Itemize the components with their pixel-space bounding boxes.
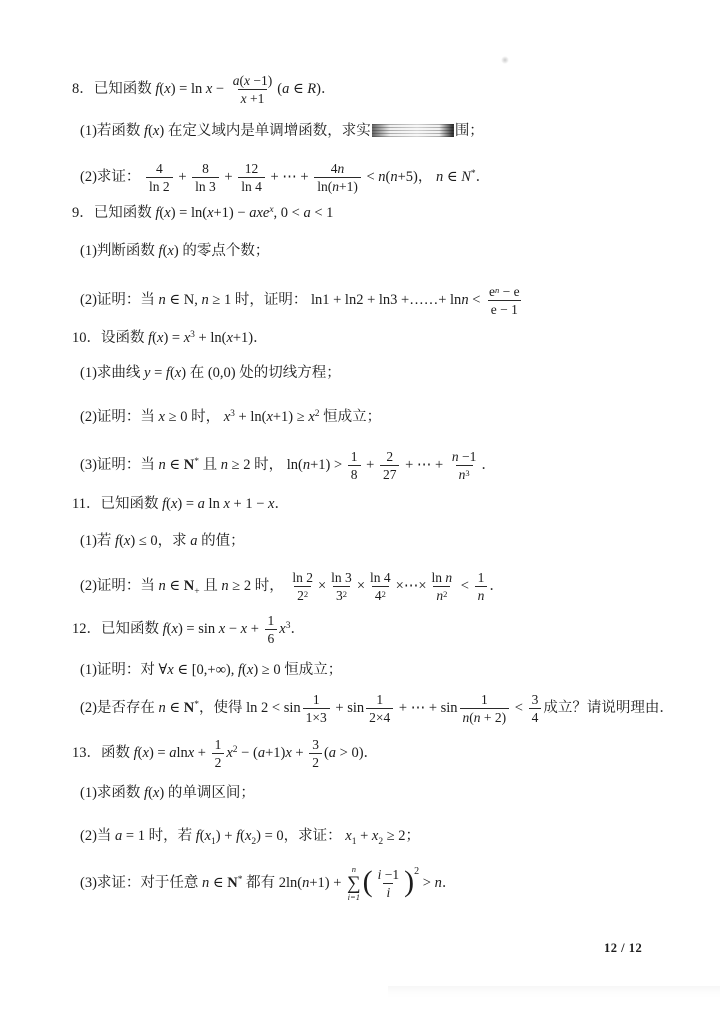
math-set-symbol: N — [184, 578, 194, 594]
fraction: 32 — [309, 737, 322, 770]
math-variable: x — [345, 828, 351, 844]
superscript: 2 — [233, 745, 238, 755]
math-variable: n — [202, 292, 209, 308]
fraction-denominator: 4 — [529, 708, 542, 725]
text-run: + ln( — [235, 409, 267, 425]
text-run: ) = — [149, 745, 169, 761]
text-run: − — [225, 621, 240, 637]
subscript: + — [194, 587, 199, 597]
math-variable: n — [221, 457, 228, 473]
fraction: 18 — [348, 449, 361, 482]
text-run: ) 在定义域内是单调增函数，求实 — [159, 123, 370, 139]
text-run: 10．设函数 — [72, 330, 148, 346]
math-variable: axe — [249, 205, 269, 221]
text-run: 6 — [268, 631, 275, 646]
fraction: ln nn2 — [429, 570, 456, 603]
math-variable: n — [378, 169, 385, 185]
fraction-denominator: 42 — [372, 586, 389, 603]
fraction: 1n — [475, 570, 488, 603]
math-variable: x — [279, 621, 285, 637]
fraction: 4ln 2 — [146, 161, 173, 194]
fraction-numerator: 1 — [348, 449, 361, 465]
text-run: +1) ≥ — [273, 409, 308, 425]
text-run: ∈ — [289, 81, 307, 97]
fraction-numerator: 1 — [373, 692, 386, 708]
superscript: x — [269, 205, 273, 215]
text-run: + — [363, 457, 378, 473]
text-run: = — [150, 365, 165, 381]
problem-8-part-1: (1)若函数 f(x) 在定义域内是单调增函数，求实围； — [80, 111, 484, 151]
fraction-numerator: 12 — [242, 161, 262, 177]
text-run: +1) — [339, 179, 358, 194]
fraction-denominator: 6 — [265, 629, 278, 646]
text-run: + — [356, 828, 371, 844]
text-run: (2)证明：当 — [80, 578, 159, 594]
text-run: + ln( — [195, 330, 227, 346]
superscript: * — [194, 457, 199, 467]
text-run: (1)若函数 — [80, 123, 144, 139]
fraction-denominator: ln 3 — [192, 177, 219, 194]
text-run: + 1 − — [230, 496, 268, 512]
text-run: 恒成立； — [320, 409, 382, 425]
text-run: ) = 0，求证： — [256, 828, 345, 844]
problem-9-part-2: (2)证明：当 n ∈ N, n ≥ 1 时，证明： ln1 + ln2 + l… — [80, 280, 525, 320]
text-run: ln 2 — [292, 570, 313, 585]
fraction: ln 442 — [367, 570, 394, 603]
text-run: (1)求曲线 — [80, 365, 144, 381]
subscript: 1 — [352, 837, 357, 847]
text-run: 1 — [478, 570, 485, 585]
superscript: 2 — [382, 589, 386, 599]
text-run: (1)判断函数 — [80, 243, 159, 259]
text-run: 2×4 — [369, 710, 390, 725]
text-run: 4 — [156, 161, 163, 176]
text-run: (2)是否存在 — [80, 700, 159, 716]
text-run: ∈ — [443, 169, 461, 185]
text-run: 8 — [351, 467, 358, 482]
problem-9-part-1: (1)判断函数 f(x) 的零点个数； — [80, 231, 269, 271]
text-run: ． — [274, 496, 289, 512]
fraction: 12 — [212, 737, 225, 770]
superscript: * — [238, 875, 243, 885]
fraction: ln 332 — [328, 570, 355, 603]
math-set-symbol: N — [184, 700, 194, 716]
superscript: 3 — [230, 409, 235, 419]
superscript: * — [471, 169, 476, 179]
text-run: + ⋯ + sin — [395, 700, 457, 716]
text-run: ∈ — [209, 875, 227, 891]
text-run: ln 4 — [241, 179, 262, 194]
math-variable: i — [386, 885, 390, 900]
fraction-denominator: 2 — [309, 753, 322, 770]
math-variable: n — [338, 161, 345, 176]
text-run: −1 — [459, 449, 477, 464]
text-run: 且 — [199, 457, 221, 473]
text-run: ． — [442, 875, 457, 891]
fraction-denominator: n(n + 2) — [460, 708, 510, 725]
fraction-numerator: i −1 — [375, 867, 403, 883]
superscript: * — [194, 700, 199, 710]
text-run: +1) — [265, 745, 285, 761]
problem-11-part-2: (2)证明：当 n ∈ N+ 且 n ≥ 2 时， ln 222×ln 332×… — [80, 566, 504, 606]
problem-8-statement: 8．已知函数 f(x) = ln x − a(x −1)x +1(a ∈ R)． — [72, 69, 336, 109]
fraction-denominator: 8 — [348, 465, 361, 482]
problem-13-part-1: (1)求函数 f(x) 的单调区间； — [80, 773, 255, 813]
problem-12-part-2: (2)是否存在 n ∈ N*，使得 ln 2 < sin11×3 + sin12… — [80, 688, 674, 728]
math-variable: a — [303, 205, 310, 221]
superscript: 2 — [315, 409, 320, 419]
text-run: ) + — [216, 828, 236, 844]
problem-10-statement: 10．设函数 f(x) = x3 + ln(x+1)． — [72, 318, 268, 358]
page-number: 12 / 12 — [604, 941, 642, 956]
smudged-text — [372, 124, 454, 137]
fraction-denominator: ln 4 — [238, 177, 265, 194]
page-edge-shadow — [388, 986, 720, 998]
fraction: en − ee − 1 — [486, 284, 523, 317]
text-run: 且 — [200, 578, 222, 594]
fraction-denominator: 22 — [294, 586, 311, 603]
text-run: 成立？请说明理由． — [543, 700, 674, 716]
fraction-numerator: 1 — [212, 737, 225, 753]
text-run: 2 — [215, 755, 222, 770]
text-run: 4 — [532, 710, 539, 725]
sigma-glyph: ∑ — [347, 875, 361, 893]
fraction-denominator: 27 — [380, 465, 400, 482]
math-variable: n — [159, 292, 166, 308]
text-run: + ⋯ + — [401, 457, 446, 473]
math-variable: n — [159, 700, 166, 716]
text-run: , 0 < — [274, 205, 304, 221]
text-run: < — [511, 700, 526, 716]
text-run: ) 的零点个数； — [174, 243, 269, 259]
text-run: ∈ — [166, 578, 184, 594]
problem-8-part-2: (2)求证： 4ln 2 + 8ln 3 + 12ln 4 + ⋯ + 4nln… — [80, 157, 490, 197]
text-run: −1) — [250, 73, 272, 88]
worksheet-page: 8．已知函数 f(x) = ln x − a(x −1)x +1(a ∈ R)．… — [0, 0, 720, 1018]
math-variable: n — [159, 578, 166, 594]
text-run: ∈ — [166, 700, 184, 716]
text-run: ． — [489, 578, 504, 594]
math-variable: R — [307, 81, 316, 97]
text-run: ln 2 — [149, 179, 170, 194]
text-run: 12 — [245, 161, 259, 176]
text-run: ) ≥ 0 恒成立； — [253, 662, 342, 678]
text-run: < — [457, 578, 472, 594]
problem-10-part-3: (3)证明：当 n ∈ N* 且 n ≥ 2 时， ln(n+1) > 18 +… — [80, 445, 496, 485]
superscript: 2 — [414, 866, 419, 877]
text-run: ，使得 ln 2 < sin — [199, 700, 301, 716]
text-run: (2)当 — [80, 828, 115, 844]
text-run: ln — [432, 570, 446, 585]
fraction-denominator: 2×4 — [366, 708, 393, 725]
math-variable: x — [226, 745, 232, 761]
text-run: 13．函数 — [72, 745, 134, 761]
text-run: ) = — [177, 496, 197, 512]
fraction-denominator: ln(n+1) — [314, 177, 361, 194]
subscript: 2 — [378, 837, 383, 847]
text-run: = 1 时，若 — [122, 828, 195, 844]
text-run: − e — [499, 284, 519, 299]
text-run: ln 3 — [331, 570, 352, 585]
fraction-denominator: x +1 — [238, 89, 268, 106]
fraction: 16 — [265, 613, 278, 646]
text-run: (1)证明：对 ∀ — [80, 662, 167, 678]
text-run: + — [194, 745, 209, 761]
math-variable: n — [159, 457, 166, 473]
fraction-numerator: 8 — [199, 161, 212, 177]
text-run: ) 的单调区间； — [159, 785, 254, 801]
problem-11-part-1: (1)若 f(x) ≤ 0，求 a 的值； — [80, 521, 245, 561]
fraction: 12×4 — [366, 692, 393, 725]
text-run: 1 — [481, 692, 488, 707]
problem-11-statement: 11．已知函数 f(x) = a ln x + 1 − x． — [72, 484, 289, 524]
fraction: a(x −1)x +1 — [230, 73, 275, 106]
text-run: (2)证明：当 — [80, 409, 159, 425]
fraction-numerator: ln n — [429, 570, 456, 586]
text-run: 8 — [202, 161, 209, 176]
text-run: ≥ 0 时， — [165, 409, 224, 425]
math-variable: n — [390, 169, 397, 185]
text-run: 1×3 — [306, 710, 327, 725]
text-run: (1)求函数 — [80, 785, 144, 801]
text-run: < — [469, 292, 484, 308]
math-variable: a — [329, 745, 336, 761]
text-run: e − 1 — [491, 302, 518, 317]
text-run: ) = sin — [178, 621, 219, 637]
text-run: 1 — [313, 692, 320, 707]
superscript: 2 — [343, 589, 347, 599]
text-run: (3)证明：当 — [80, 457, 159, 473]
superscript: 3 — [190, 330, 195, 340]
fraction: 1n(n + 2) — [460, 692, 510, 725]
text-run: ln 3 — [195, 179, 216, 194]
text-run: + — [247, 621, 262, 637]
sum-lower-limit: i=1 — [348, 893, 360, 902]
fraction-numerator: n −1 — [449, 449, 480, 465]
text-run: 1 — [268, 613, 275, 628]
text-run: + ⋯ + — [267, 169, 312, 185]
text-run: 2 — [312, 755, 319, 770]
text-run: ) 在 (0,0) 处的切线方程； — [181, 365, 341, 381]
problem-12-statement: 12．已知函数 f(x) = sin x − x + 16x3． — [72, 609, 305, 649]
fraction-numerator: 1 — [475, 570, 488, 586]
text-run: ． — [481, 457, 496, 473]
text-run: 2 — [386, 449, 393, 464]
fraction-denominator: 32 — [333, 586, 350, 603]
text-run: < — [363, 169, 378, 185]
problem-13-part-2: (2)当 a = 1 时，若 f(x1) + f(x2) = 0，求证： x1 … — [80, 816, 420, 856]
math-variable: a — [190, 533, 197, 549]
fraction-numerator: ln 3 — [328, 570, 355, 586]
fraction-denominator: n2 — [433, 586, 450, 603]
text-run: 1 — [351, 449, 358, 464]
text-run: +1) > — [310, 457, 346, 473]
text-run: + — [292, 745, 307, 761]
text-run: × — [318, 578, 326, 594]
fraction: 34 — [529, 692, 542, 725]
text-run: 围； — [455, 123, 484, 139]
text-run: > — [419, 875, 434, 891]
fraction-numerator: 1 — [478, 692, 491, 708]
text-run: 11．已知函数 — [72, 496, 162, 512]
text-run: (2)求证： — [80, 169, 144, 185]
text-run: ． — [476, 169, 491, 185]
text-run: +1) + — [309, 875, 345, 891]
text-run: ln — [205, 496, 224, 512]
fraction: 227 — [380, 449, 400, 482]
text-run: ≥ 1 时，证明： ln1 + ln2 + ln3 +……+ ln — [209, 292, 462, 308]
fraction-numerator: ln 4 — [367, 570, 394, 586]
text-run: 1 — [376, 692, 383, 707]
math-variable: a — [258, 745, 265, 761]
text-run: +1)． — [233, 330, 268, 346]
text-run: × — [357, 578, 365, 594]
text-run: (2)证明：当 — [80, 292, 159, 308]
problem-12-part-1: (1)证明：对 ∀x ∈ [0,+∞), f(x) ≥ 0 恒成立； — [80, 650, 342, 690]
fraction-denominator: i — [383, 883, 393, 900]
text-run: + sin — [332, 700, 364, 716]
text-run: ≥ 2； — [383, 828, 420, 844]
fraction: 4nln(n+1) — [314, 161, 361, 194]
fraction-numerator: 3 — [529, 692, 542, 708]
subscript: 1 — [211, 837, 216, 847]
text-run: 4 — [375, 588, 382, 603]
text-run: ∈ [0,+∞), — [174, 662, 238, 678]
fraction-numerator: 1 — [310, 692, 323, 708]
text-run: ln 4 — [370, 570, 391, 585]
problem-10-part-2: (2)证明：当 x ≥ 0 时， x3 + ln(x+1) ≥ x2 恒成立； — [80, 397, 381, 437]
fraction: 11×3 — [303, 692, 330, 725]
superscript: 3 — [465, 468, 469, 478]
text-run: ) = — [163, 330, 183, 346]
big-paren-left: ( — [363, 865, 373, 898]
text-run: 9．已知函数 — [72, 205, 155, 221]
text-run: ≥ 2 时， — [229, 578, 288, 594]
math-variable: n — [303, 457, 310, 473]
text-run: 4 — [331, 161, 338, 176]
text-run: ) = ln — [171, 81, 206, 97]
math-variable: n — [332, 179, 339, 194]
text-run: ． — [290, 621, 305, 637]
text-run: ×⋯× — [396, 578, 427, 594]
subscript: 2 — [251, 837, 256, 847]
text-run: ≥ 2 时， ln( — [228, 457, 303, 473]
scan-artifact-dot — [501, 56, 509, 64]
text-run: (1)若 — [80, 533, 115, 549]
text-run: 2 — [297, 588, 304, 603]
math-set-symbol: N — [184, 457, 194, 473]
fraction-denominator: n — [475, 586, 488, 603]
text-run: 3 — [312, 737, 319, 752]
math-variable: n — [452, 449, 459, 464]
superscript: n — [495, 285, 499, 295]
math-variable: n — [474, 710, 481, 725]
text-run: 3 — [336, 588, 343, 603]
math-variable: x — [308, 409, 314, 425]
fraction-numerator: en − e — [486, 284, 523, 300]
text-run: > 0)． — [336, 745, 378, 761]
math-variable: n — [445, 570, 452, 585]
text-run: ∈ N, — [166, 292, 202, 308]
fraction-numerator: 3 — [309, 737, 322, 753]
problem-10-part-1: (1)求曲线 y = f(x) 在 (0,0) 处的切线方程； — [80, 353, 341, 393]
text-run: ln( — [317, 179, 332, 194]
math-variable: n — [221, 578, 228, 594]
text-run: − — [212, 81, 227, 97]
text-run: +1 — [247, 91, 265, 106]
problem-13-part-3: (3)求证：对于任意 n ∈ N* 都有 2ln(n+1) + n∑i=1(i … — [80, 863, 456, 903]
text-run: + 2) — [481, 710, 507, 725]
text-run: 8．已知函数 — [72, 81, 155, 97]
fraction-numerator: 2 — [383, 449, 396, 465]
math-variable: n — [435, 875, 442, 891]
text-run: + — [221, 169, 236, 185]
text-run: 都有 2ln( — [243, 875, 303, 891]
text-run: 3 — [532, 692, 539, 707]
text-run: )． — [316, 81, 335, 97]
text-run: 12．已知函数 — [72, 621, 163, 637]
summation-symbol: n∑i=1 — [347, 865, 361, 902]
fraction: i −1i — [375, 867, 403, 900]
fraction-numerator: ln 2 — [289, 570, 316, 586]
math-variable: N — [461, 169, 471, 185]
fraction-denominator: n3 — [456, 465, 473, 482]
math-variable: n — [461, 292, 468, 308]
text-run: ) ≤ 0，求 — [130, 533, 190, 549]
fraction-denominator: 1×3 — [303, 708, 330, 725]
big-paren-right: ) — [404, 865, 414, 898]
text-run: ∈ — [166, 457, 184, 473]
text-run: −1 — [381, 867, 399, 882]
fraction-numerator: 1 — [265, 613, 278, 629]
fraction-numerator: 4n — [328, 161, 348, 177]
problem-13-statement: 13．函数 f(x) = alnx + 12x2 − (a+1)x + 32(a… — [72, 733, 378, 773]
fraction-denominator: e − 1 — [488, 300, 521, 317]
superscript: 3 — [286, 621, 291, 631]
text-run: (3)求证：对于任意 — [80, 875, 202, 891]
math-variable: a — [198, 496, 205, 512]
problem-9-statement: 9．已知函数 f(x) = ln(x+1) − axex, 0 < a < 1 — [72, 193, 333, 233]
text-run: 的值； — [198, 533, 245, 549]
superscript: 2 — [304, 589, 308, 599]
text-run: ln — [176, 745, 187, 761]
fraction-denominator: 2 — [212, 753, 225, 770]
fraction: 12ln 4 — [238, 161, 265, 194]
text-run: 27 — [383, 467, 397, 482]
text-run: < 1 — [311, 205, 334, 221]
fraction-numerator: 4 — [153, 161, 166, 177]
fraction: n −1n3 — [449, 449, 480, 482]
math-set-symbol: N — [227, 875, 237, 891]
fraction-numerator: a(x −1) — [230, 73, 275, 89]
text-run: 1 — [215, 737, 222, 752]
text-run: +1) − — [214, 205, 250, 221]
text-run: +5)， — [398, 169, 436, 185]
text-run: + — [175, 169, 190, 185]
fraction: 8ln 3 — [192, 161, 219, 194]
superscript: 2 — [443, 589, 447, 599]
text-run: − ( — [238, 745, 258, 761]
fraction: ln 222 — [289, 570, 316, 603]
math-variable: n — [478, 588, 485, 603]
fraction-denominator: ln 2 — [146, 177, 173, 194]
text-run: ) = ln( — [171, 205, 207, 221]
